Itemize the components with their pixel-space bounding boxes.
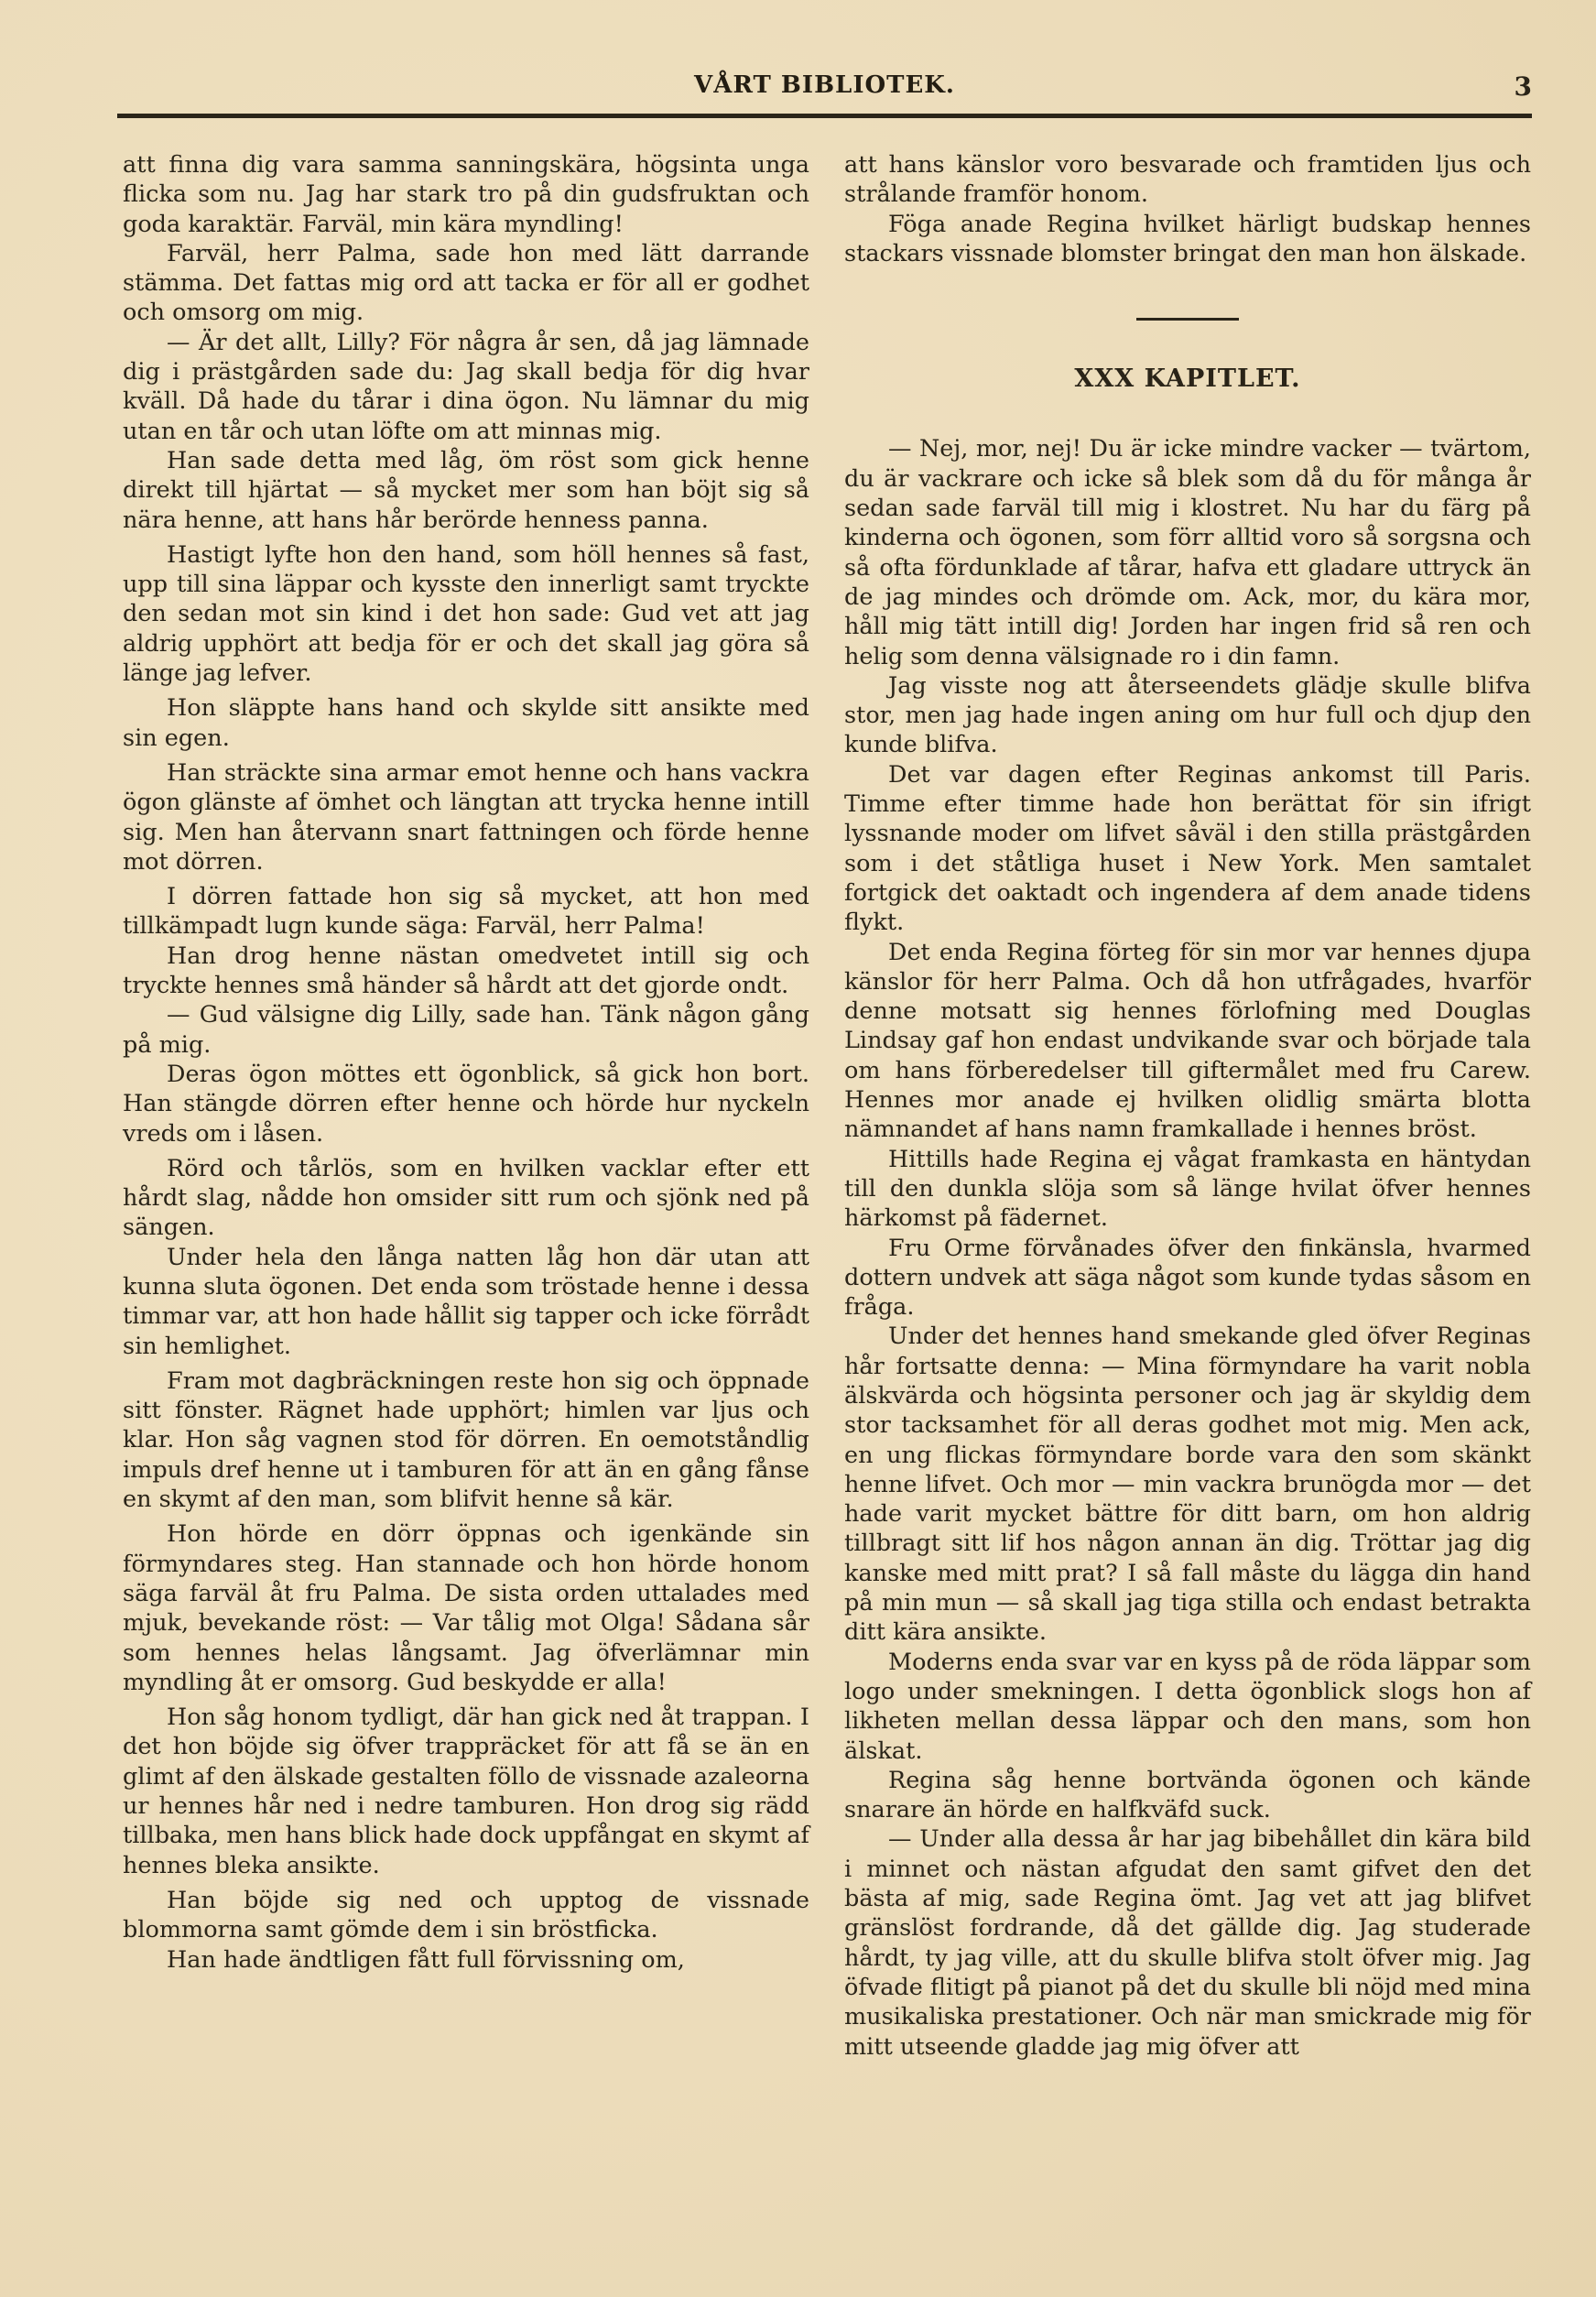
paragraph: Fru Orme förvånades öfver den finkänsla,… [844, 1234, 1531, 1323]
chapter-heading: XXX KAPITLET. [844, 365, 1531, 394]
paragraph: Hon släppte hans hand och skylde sitt an… [123, 693, 809, 753]
paragraph: Farväl, herr Palma, sade hon med lätt da… [123, 239, 809, 328]
paragraph: Han sade detta med låg, öm röst som gick… [123, 446, 809, 535]
right-column: att hans känslor voro besvarade och fram… [844, 150, 1531, 2062]
running-header: VÅRT BIBLIOTEK. 3 [117, 64, 1532, 119]
paragraph: Moderns enda svar var en kyss på de röda… [844, 1648, 1531, 1766]
left-column: att finna dig vara samma sanningskära, h… [123, 150, 809, 1975]
paragraph: Det enda Regina förteg för sin mor var h… [844, 938, 1531, 1145]
paragraph: — Nej, mor, nej! Du är icke mindre vacke… [844, 434, 1531, 670]
paragraph: Han sträckte sina armar emot henne och h… [123, 758, 809, 876]
paragraph: Fram mot dagbräckningen reste hon sig oc… [123, 1366, 809, 1514]
paragraph: — Är det allt, Lilly? För några år sen, … [123, 328, 809, 446]
paragraph: Det var dagen efter Reginas ankomst till… [844, 760, 1531, 938]
paragraph: Han drog henne nästan omedvetet intill s… [123, 942, 809, 1001]
paragraph: Jag visste nog att återseendets glädje s… [844, 671, 1531, 760]
paragraph: Regina såg henne bortvända ögonen och kä… [844, 1766, 1531, 1825]
paragraph: Under det hennes hand smekande gled öfve… [844, 1322, 1531, 1647]
paragraph: I dörren fattade hon sig så mycket, att … [123, 882, 809, 942]
paragraph: Deras ögon möttes ett ögonblick, så gick… [123, 1060, 809, 1148]
paragraph: Rörd och tårlös, som en hvilken vacklar … [123, 1154, 809, 1243]
paragraph: — Under alla dessa år har jag bibehållet… [844, 1824, 1531, 2061]
paragraph: Hon såg honom tydligt, där han gick ned … [123, 1703, 809, 1880]
paragraph: Hittills hade Regina ej vågat framkasta … [844, 1145, 1531, 1234]
paragraph: Hon hörde en dörr öppnas och igenkände s… [123, 1519, 809, 1697]
paragraph: Hastigt lyfte hon den hand, som höll hen… [123, 540, 809, 688]
page-number: 3 [1515, 71, 1532, 102]
paragraph: Under hela den långa natten låg hon där … [123, 1243, 809, 1361]
section-divider [1136, 318, 1239, 321]
paragraph: Han hade ändtligen fått full förvissning… [123, 1945, 809, 1975]
header-rule [117, 114, 1532, 118]
paragraph: Föga anade Regina hvilket härligt budska… [844, 210, 1531, 269]
paragraph: att hans känslor voro besvarade och fram… [844, 150, 1531, 210]
publication-title: VÅRT BIBLIOTEK. [117, 71, 1532, 99]
paragraph: att finna dig vara samma sanningskära, h… [123, 150, 809, 239]
paragraph: Han böjde sig ned och upptog de vissnade… [123, 1886, 809, 1945]
paragraph: — Gud välsigne dig Lilly, sade han. Tänk… [123, 1000, 809, 1060]
